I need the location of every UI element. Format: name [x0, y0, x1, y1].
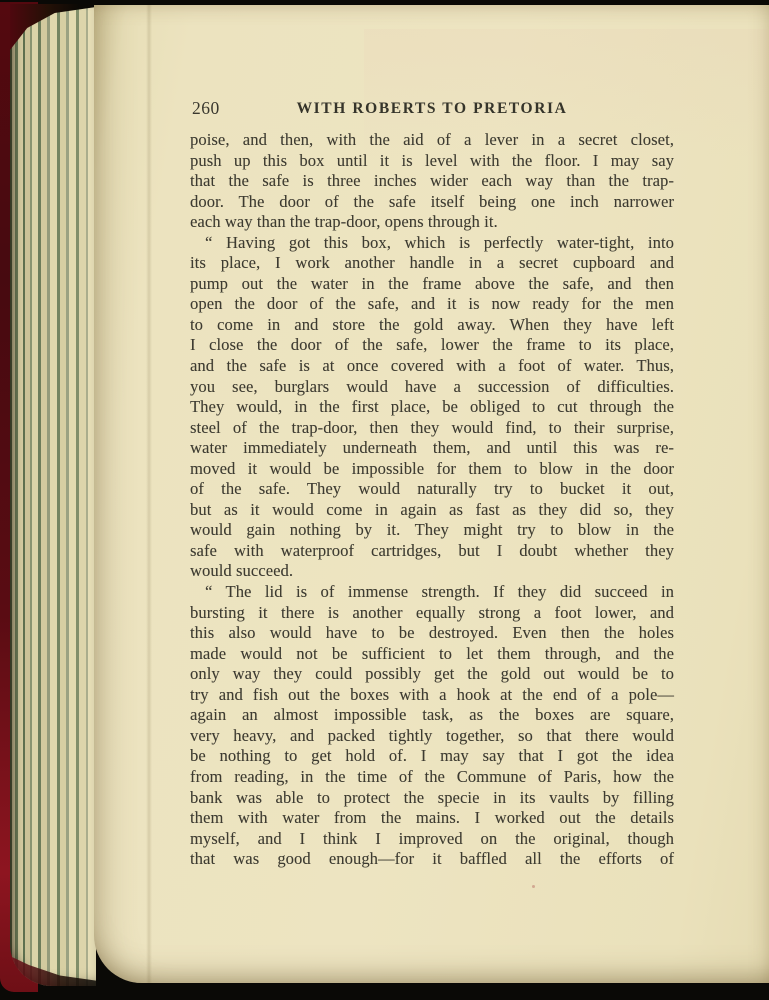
text-line: myself, and I think I improved on the or… — [190, 829, 674, 850]
book-scan: 260 WITH ROBERTS TO PRETORIA poise, and … — [0, 0, 769, 1000]
text-line: only way they could possibly get the gol… — [190, 664, 674, 685]
text-line: moved it would be impossible for them to… — [190, 459, 674, 480]
text-line: would succeed. — [190, 561, 674, 582]
text-line: push up this box until it is level with … — [190, 151, 674, 172]
text-line: them with water from the mains. I worked… — [190, 808, 674, 829]
text-line: very heavy, and packed tightly together,… — [190, 726, 674, 747]
text-line: “ The lid is of immense strength. If the… — [190, 582, 674, 603]
text-line: again an almost impossible task, as the … — [190, 705, 674, 726]
text-line: be nothing to get hold of. I may say tha… — [190, 746, 674, 767]
text-line: poise, and then, with the aid of a lever… — [190, 130, 674, 151]
text-line: this also would have to be destroyed. Ev… — [190, 623, 674, 644]
text-line: door. The door of the safe itself being … — [190, 192, 674, 213]
text-line: made would not be sufficient to let them… — [190, 644, 674, 665]
text-line: safe with waterproof cartridges, but I d… — [190, 541, 674, 562]
paragraph: poise, and then, with the aid of a lever… — [190, 130, 674, 233]
running-title: WITH ROBERTS TO PRETORIA — [190, 100, 674, 118]
text-line: open the door of the safe, and it is now… — [190, 294, 674, 315]
text-line: “ Having got this box, which is perfectl… — [190, 233, 674, 254]
paragraph: “ Having got this box, which is perfectl… — [190, 233, 674, 582]
page-header: 260 WITH ROBERTS TO PRETORIA — [190, 98, 674, 120]
text-line: but as it would come in again as fast as… — [190, 500, 674, 521]
text-line: They would, in the first place, be oblig… — [190, 397, 674, 418]
text-line: pump out the water in the frame above th… — [190, 274, 674, 295]
book-page: 260 WITH ROBERTS TO PRETORIA poise, and … — [94, 5, 769, 983]
page-body: poise, and then, with the aid of a lever… — [190, 130, 674, 870]
page-edge-stack — [10, 4, 96, 986]
text-line: that the safe is three inches wider each… — [190, 171, 674, 192]
text-line: bursting it there is another equally str… — [190, 603, 674, 624]
text-line: from reading, in the time of the Commune… — [190, 767, 674, 788]
text-line: I close the door of the safe, lower the … — [190, 335, 674, 356]
page-crease — [146, 5, 152, 983]
text-line: you see, burglars would have a successio… — [190, 377, 674, 398]
text-line: that was good enough—for it baffled all … — [190, 849, 674, 870]
text-line: try and fish out the boxes with a hook a… — [190, 685, 674, 706]
text-line: and the safe is at once covered with a f… — [190, 356, 674, 377]
text-line: water immediately underneath them, and u… — [190, 438, 674, 459]
paragraph: “ The lid is of immense strength. If the… — [190, 582, 674, 870]
text-line: each way than the trap-door, opens throu… — [190, 212, 674, 233]
text-line: its place, I work another handle in a se… — [190, 253, 674, 274]
text-line: would gain nothing by it. They might try… — [190, 520, 674, 541]
page-speck — [532, 885, 535, 888]
text-line: steel of the trap-door, then they would … — [190, 418, 674, 439]
text-line: bank was able to protect the specie in i… — [190, 788, 674, 809]
text-line: to come in and store the gold away. When… — [190, 315, 674, 336]
text-line: of the safe. They would naturally try to… — [190, 479, 674, 500]
